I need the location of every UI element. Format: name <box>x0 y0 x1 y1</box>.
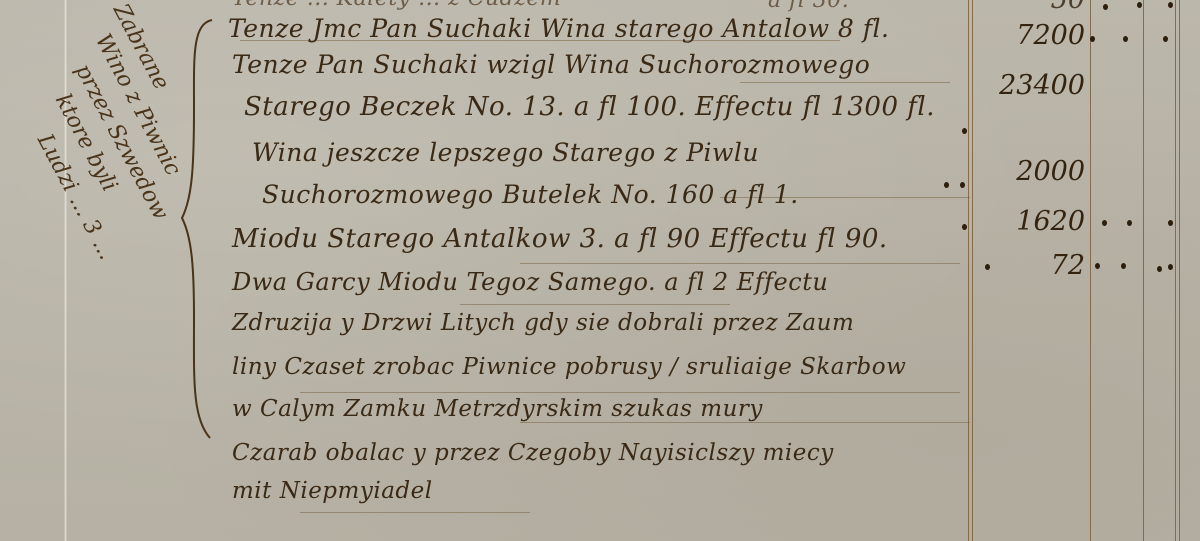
ledger-dot <box>962 224 967 230</box>
amount-cell: 2000 <box>975 156 1085 187</box>
entry-line-0: Tenze ... Kalety ... z Cudzem <box>232 0 561 11</box>
entry-detail-0: a fl 30. <box>768 0 849 13</box>
underline <box>520 263 960 264</box>
entry-line-11: Czarab obalac y przez Czegoby Nayisiclsz… <box>232 440 834 466</box>
ledger-dot <box>985 264 990 270</box>
marginal-note: Zabrane Wino z Piwnic przez Szwedow ktor… <box>70 0 220 420</box>
ledger-dot <box>960 182 965 188</box>
column-rule-4b <box>1179 0 1180 541</box>
ledger-dot <box>944 182 949 188</box>
entry-line-10: w Calym Zamku Metrzdyrskim szukas mury <box>232 396 763 422</box>
column-rule-amount-right <box>1090 0 1091 541</box>
ledger-dot <box>1168 264 1173 270</box>
ledger-dot <box>1163 36 1168 42</box>
column-rule-4a <box>1175 0 1176 541</box>
ledger-dot <box>1127 220 1132 226</box>
underline <box>460 304 730 305</box>
ledger-dot <box>1168 220 1173 226</box>
underline <box>300 392 960 393</box>
amount-cell: 72 <box>975 250 1085 281</box>
column-rule-amount-left-b <box>972 0 973 541</box>
entry-line-2: Tenze Pan Suchaki wzigl Wina Suchorozmow… <box>232 50 870 79</box>
underline <box>740 82 950 83</box>
entry-line-6: Miodu Starego Antalkow 3. a fl 90 Effect… <box>232 224 888 254</box>
amount-cell: 50 <box>975 0 1085 15</box>
amount-cell: 1620 <box>975 206 1085 237</box>
ledger-dot <box>1137 2 1142 8</box>
ledger-dot <box>1102 220 1107 226</box>
amount-cell: 23400 <box>975 70 1085 101</box>
column-rule-3 <box>1143 0 1144 541</box>
ledger-dot <box>1103 4 1108 10</box>
ledger-dot <box>1095 263 1100 269</box>
ledger-dot <box>962 128 967 134</box>
entry-line-5: Suchorozmowego Butelek No. 160 a fl 1. <box>262 180 799 209</box>
ledger-dot <box>1090 36 1095 42</box>
underline <box>300 512 530 513</box>
entry-line-8: Zdruzija y Drzwi Litych gdy sie dobrali … <box>232 310 854 336</box>
underline <box>520 422 970 423</box>
ledger-dot <box>1123 36 1128 42</box>
ledger-dot <box>1121 263 1126 269</box>
page-fold-line <box>64 0 67 541</box>
entry-line-12: mit Niepmyiadel <box>232 478 433 504</box>
ledger-dot <box>1168 2 1173 8</box>
entry-line-4: Wina jeszcze lepszego Starego z Piwlu <box>252 138 759 167</box>
column-rule-amount-left-a <box>968 0 969 541</box>
entry-line-7: Dwa Garcy Miodu Tegoz Samego. a fl 2 Eff… <box>232 268 828 296</box>
entry-line-1: Tenze Jmc Pan Suchaki Wina starego Antal… <box>228 14 889 43</box>
entry-line-9: liny Czaset zrobac Piwnice pobrusy / sru… <box>232 354 906 380</box>
entry-line-3: Starego Beczek No. 13. a fl 100. Effectu… <box>244 92 935 122</box>
amount-cell: 7200 <box>975 20 1085 51</box>
ledger-dot <box>1157 266 1162 272</box>
